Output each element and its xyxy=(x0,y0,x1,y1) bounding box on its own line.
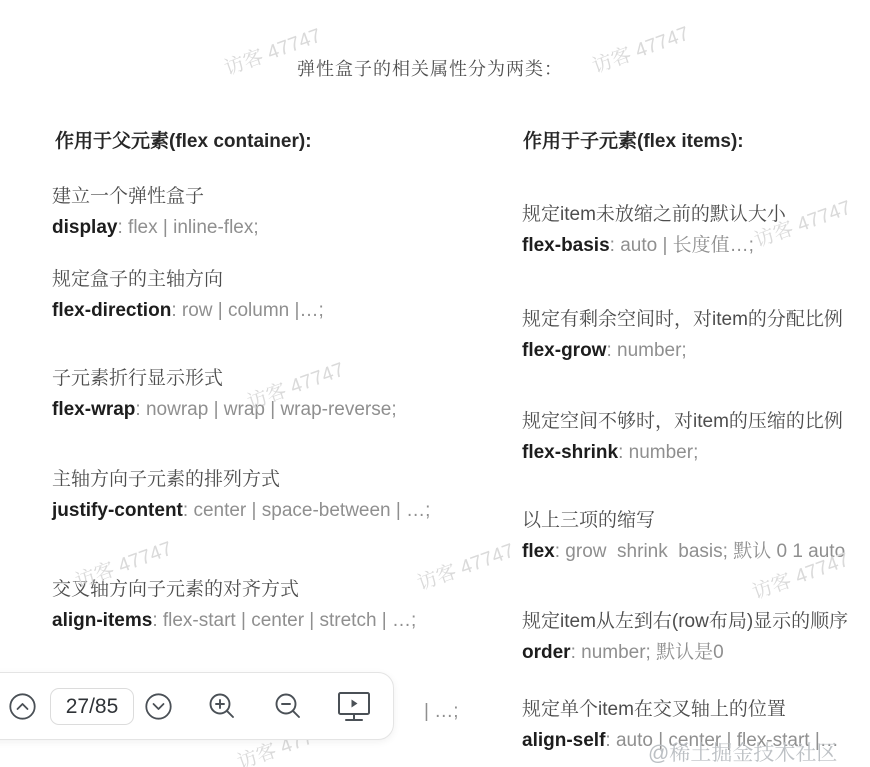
property-name: display xyxy=(52,217,117,238)
property-values: : flex | inline-flex; xyxy=(117,217,258,238)
property-values: : row | column |…; xyxy=(171,300,323,321)
chevron-up-circle-icon xyxy=(9,693,36,720)
property-syntax: align-items: flex-start | center | stret… xyxy=(52,605,416,636)
property-name: align-self xyxy=(522,730,605,751)
flex-property-group: 交叉轴方向子元素的对齐方式 align-items: flex-start | … xyxy=(52,574,416,636)
property-description: 以上三项的缩写 xyxy=(522,505,845,536)
property-values: : center | space-between | …; xyxy=(183,500,431,521)
property-values: : flex-start | center | stretch | …; xyxy=(152,610,416,631)
presentation-screen-icon xyxy=(336,689,372,723)
flex-property-group: 规定盒子的主轴方向 flex-direction: row | column |… xyxy=(52,264,324,326)
property-syntax: flex-grow: number; xyxy=(522,335,843,366)
property-syntax: flex-shrink: number; xyxy=(522,437,843,468)
property-description: 规定空间不够时，对item的压缩的比例 xyxy=(522,406,843,437)
property-description: 子元素折行显示形式 xyxy=(52,363,397,394)
previous-page-button[interactable] xyxy=(4,688,40,724)
property-values: : number; 默认是0 xyxy=(571,642,724,663)
property-description: 规定有剩余空间时，对item的分配比例 xyxy=(522,304,843,335)
property-name: justify-content xyxy=(52,500,183,521)
property-syntax: justify-content: center | space-between … xyxy=(52,495,430,526)
flex-property-group: 规定空间不够时，对item的压缩的比例 flex-shrink: number; xyxy=(522,406,843,468)
property-values: : number; xyxy=(606,340,686,361)
property-description: 主轴方向子元素的排列方式 xyxy=(52,464,430,495)
property-syntax: flex-direction: row | column |…; xyxy=(52,295,324,326)
property-name: flex-wrap xyxy=(52,399,135,420)
property-syntax: flex: grow shrink basis; 默认 0 1 auto xyxy=(522,536,845,567)
presentation-mode-button[interactable] xyxy=(336,688,372,724)
flex-property-group: 以上三项的缩写 flex: grow shrink basis; 默认 0 1 … xyxy=(522,505,845,567)
next-page-button[interactable] xyxy=(140,688,176,724)
property-values: : number; xyxy=(618,442,698,463)
property-values: : grow shrink basis; 默认 0 1 auto xyxy=(555,541,845,562)
obscured-line-tail: | …; xyxy=(424,701,459,723)
document-page: 弹性盒子的相关属性分为两类： 作用于父元素(flex container): 作… xyxy=(0,0,870,767)
pager-toolbar: 27/85 xyxy=(0,672,394,740)
property-values: : nowrap | wrap | wrap-reverse; xyxy=(135,399,396,420)
property-description: 交叉轴方向子元素的对齐方式 xyxy=(52,574,416,605)
flex-property-group: 建立一个弹性盒子 display: flex | inline-flex; xyxy=(52,181,259,243)
zoom-in-button[interactable] xyxy=(204,688,240,724)
left-column-heading: 作用于父元素(flex container): xyxy=(55,126,312,153)
flex-property-group: 规定有剩余空间时，对item的分配比例 flex-grow: number; xyxy=(522,304,843,366)
property-values: : auto | center | flex-start |… xyxy=(605,730,838,751)
property-name: flex-direction xyxy=(52,300,171,321)
property-syntax: display: flex | inline-flex; xyxy=(52,212,259,243)
flex-property-group: 规定单个item在交叉轴上的位置 align-self: auto | cent… xyxy=(522,694,839,756)
property-description: 规定item从左到右(row布局)显示的顺序 xyxy=(522,606,848,637)
chevron-down-circle-icon xyxy=(145,693,172,720)
property-name: order xyxy=(522,642,571,663)
property-description: 规定单个item在交叉轴上的位置 xyxy=(522,694,839,725)
property-syntax: align-self: auto | center | flex-start |… xyxy=(522,725,839,756)
property-description: 建立一个弹性盒子 xyxy=(52,181,259,212)
property-name: flex-grow xyxy=(522,340,606,361)
property-name: flex-shrink xyxy=(522,442,618,463)
property-name: align-items xyxy=(52,610,152,631)
property-name: flex xyxy=(522,541,555,562)
property-values: : auto | 长度值…; xyxy=(610,235,754,256)
flex-property-group: 规定item从左到右(row布局)显示的顺序 order: number; 默认… xyxy=(522,606,848,668)
right-column-heading: 作用于子元素(flex items): xyxy=(523,126,744,153)
zoom-in-magnifier-icon xyxy=(207,691,237,721)
page-title: 弹性盒子的相关属性分为两类： xyxy=(0,55,860,81)
page-number-input[interactable]: 27/85 xyxy=(50,688,134,725)
flex-property-group: 子元素折行显示形式 flex-wrap: nowrap | wrap | wra… xyxy=(52,363,397,425)
visitor-watermark: 访客 47747 xyxy=(413,534,518,596)
property-syntax: flex-wrap: nowrap | wrap | wrap-reverse; xyxy=(52,394,397,425)
zoom-out-button[interactable] xyxy=(270,688,306,724)
property-description: 规定item未放缩之前的默认大小 xyxy=(522,199,786,230)
flex-property-group: 主轴方向子元素的排列方式 justify-content: center | s… xyxy=(52,464,430,526)
property-syntax: order: number; 默认是0 xyxy=(522,637,848,668)
flex-property-group: 规定item未放缩之前的默认大小 flex-basis: auto | 长度值…… xyxy=(522,199,786,261)
property-description: 规定盒子的主轴方向 xyxy=(52,264,324,295)
property-syntax: flex-basis: auto | 长度值…; xyxy=(522,230,786,261)
zoom-out-magnifier-icon xyxy=(273,691,303,721)
property-name: flex-basis xyxy=(522,235,610,256)
